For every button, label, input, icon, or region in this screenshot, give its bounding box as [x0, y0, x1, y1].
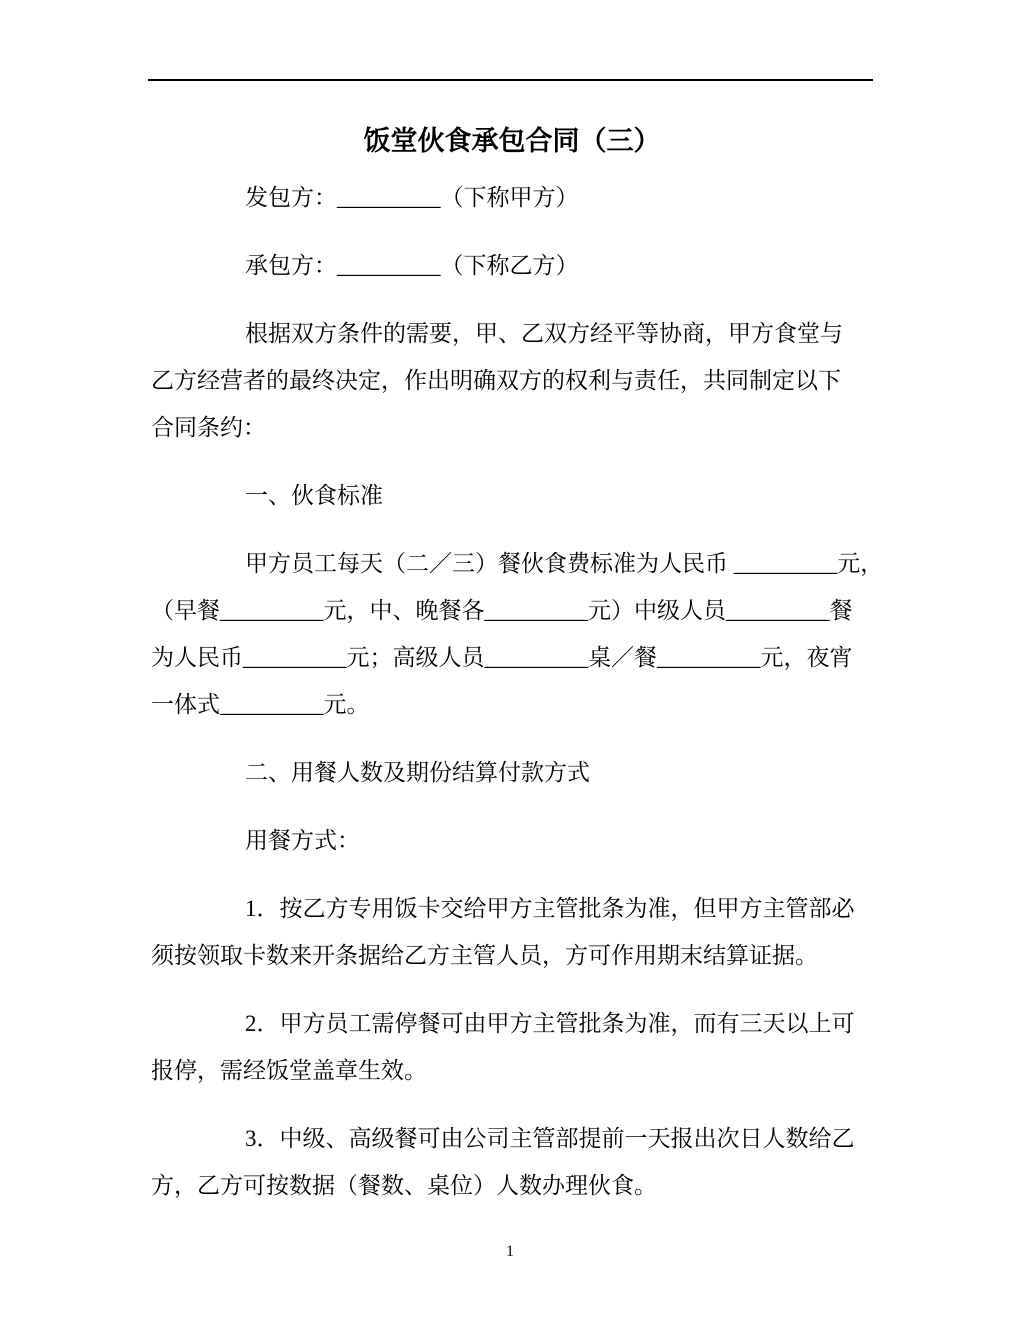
section-1-para-line-2: （早餐_________元，中、晚餐各_________元）中级人员______…: [151, 587, 873, 634]
intro-line-1: 根据双方条件的需要，甲、乙双方经平等协商，甲方食堂与: [151, 310, 873, 357]
item-1-line-2: 须按领取卡数来开条据给乙方主管人员，方可作用期末结算证据。: [151, 932, 873, 979]
document-title: 饭堂伙食承包合同（三）: [151, 118, 873, 165]
section-1-para-line-1: 甲方员工每天（二／三）餐伙食费标准为人民币 _________元，: [151, 540, 873, 587]
section-1-para-line-3: 为人民币_________元；高级人员_________桌／餐_________…: [151, 634, 873, 681]
document-page: 饭堂伙食承包合同（三） 发包方：_________（下称甲方） 承包方：____…: [0, 0, 1020, 1320]
item-3-line-1: 3．中级、高级餐可由公司主管部提前一天报出次日人数给乙: [151, 1115, 873, 1162]
page-number: 1: [0, 1240, 1020, 1264]
intro-line-3: 合同条约：: [151, 404, 873, 451]
party-a-line: 发包方：_________（下称甲方）: [151, 174, 873, 221]
section-2-heading: 二、用餐人数及期份结算付款方式: [151, 749, 873, 796]
item-2-line-1: 2．甲方员工需停餐可由甲方主管批条为准，而有三天以上可: [151, 1000, 873, 1047]
item-3-line-2: 方，乙方可按数据（餐数、桌位）人数办理伙食。: [151, 1162, 873, 1209]
intro-line-2: 乙方经营者的最终决定，作出明确双方的权利与责任，共同制定以下: [151, 357, 873, 404]
item-2-line-2: 报停，需经饭堂盖章生效。: [151, 1047, 873, 1094]
item-1-line-1: 1．按乙方专用饭卡交给甲方主管批条为准，但甲方主管部必: [151, 885, 873, 932]
header-rule: [148, 79, 873, 81]
section-1-heading: 一、伙食标准: [151, 472, 873, 519]
document-content: 饭堂伙食承包合同（三） 发包方：_________（下称甲方） 承包方：____…: [151, 118, 873, 1230]
section-1-para-line-4: 一体式_________元。: [151, 681, 873, 728]
party-b-line: 承包方：_________（下称乙方）: [151, 242, 873, 289]
meal-method-label: 用餐方式：: [151, 817, 873, 864]
